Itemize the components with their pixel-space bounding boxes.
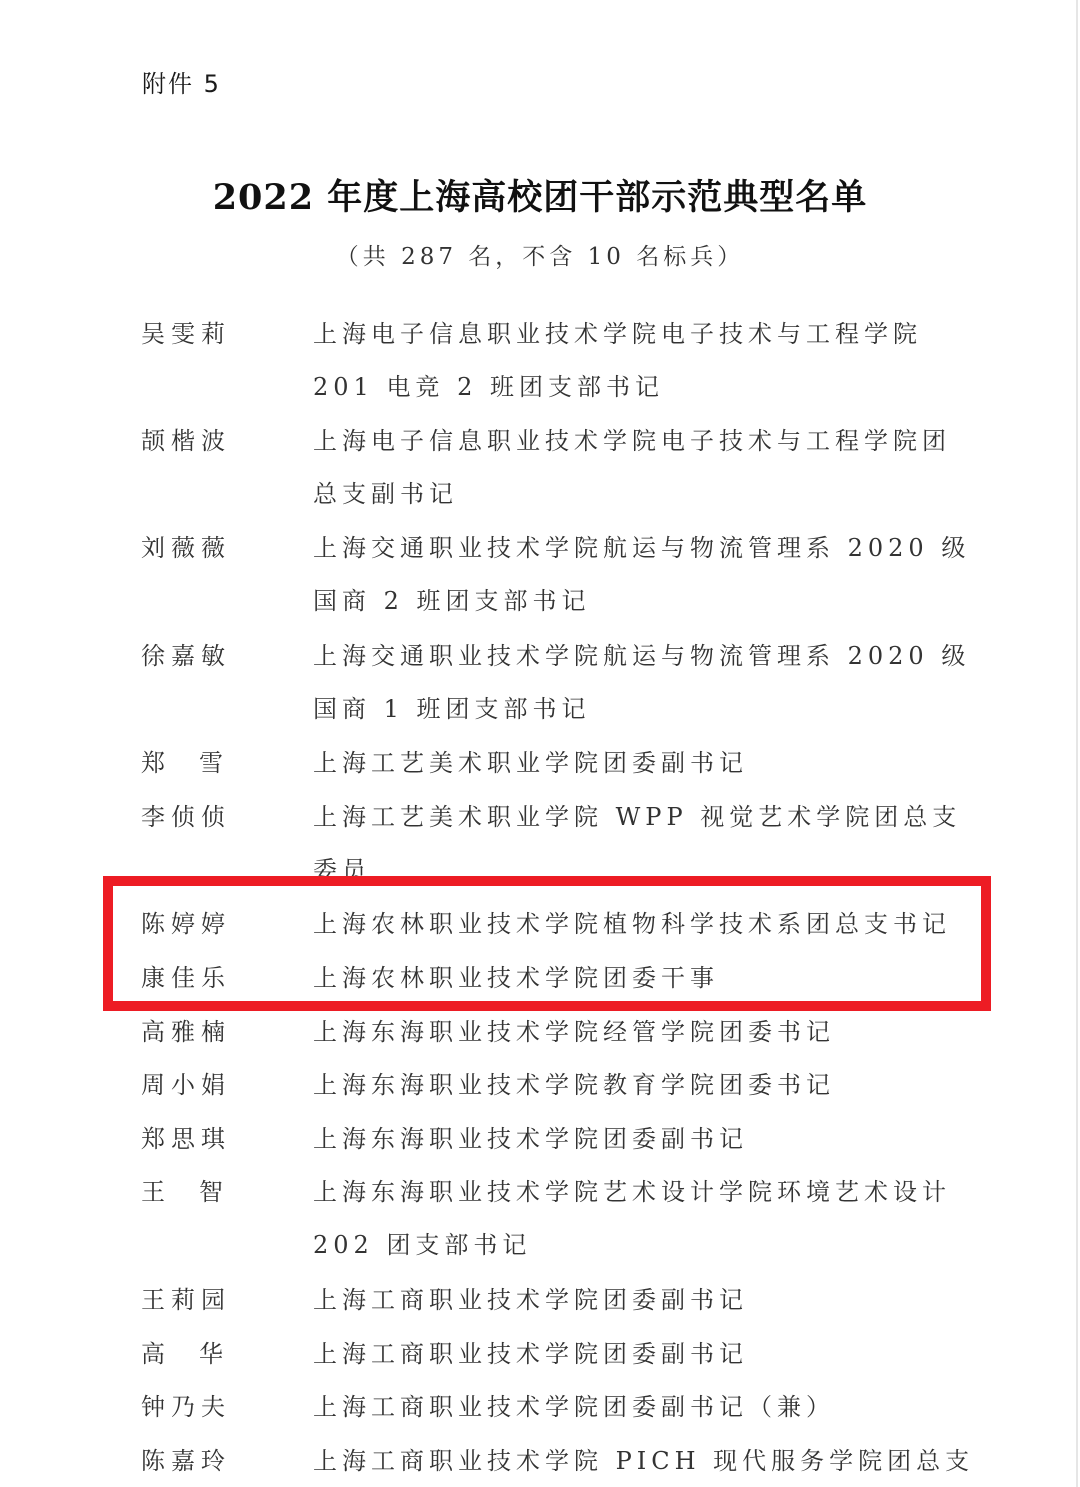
person-name: 郑雪 [141,743,231,778]
person-name: 陈婷婷 [141,904,231,939]
person-name: 康佳乐 [141,958,231,993]
document-subtitle: （共 287 名，不含 10 名标兵） [0,238,1080,271]
position-line: 上海电子信息职业技术学院电子技术与工程学院团 [313,421,953,456]
person-name: 钟乃夫 [141,1387,231,1422]
position-line: 总支副书记 [313,474,953,509]
person-name: 陈嘉玲 [141,1441,231,1476]
position-line: 上海工商职业技术学院团委副书记 [313,1334,953,1369]
position-line: 上海农林职业技术学院植物科学技术系团总支书记 [313,904,953,939]
person-name: 吴雯莉 [141,314,231,349]
person-name: 王智 [141,1172,231,1207]
document-title: 2022 年度上海高校团干部示范典型名单 [0,170,1080,220]
position-line: 上海东海职业技术学院教育学院团委书记 [313,1065,953,1100]
position-line: 201 电竞 2 班团支部书记 [313,367,953,402]
person-name: 颉楷波 [141,421,231,456]
position-line: 上海工商职业技术学院团委副书记 [313,1280,953,1315]
person-name: 周小娟 [141,1065,231,1100]
person-name: 刘薇薇 [141,528,231,563]
position-line: 上海交通职业技术学院航运与物流管理系 2020 级 [313,636,953,671]
position-line: 上海工商职业技术学院团委副书记（兼） [313,1387,953,1422]
position-line: 上海工商职业技术学院 PICH 现代服务学院团总支 [313,1441,953,1476]
position-line: 上海农林职业技术学院团委干事 [313,958,953,993]
position-line: 国商 1 班团支部书记 [313,689,953,724]
position-line: 上海东海职业技术学院团委副书记 [313,1119,953,1154]
position-line: 202 团支部书记 [313,1225,953,1260]
position-line: 国商 2 班团支部书记 [313,581,953,616]
person-name: 王莉园 [141,1280,231,1315]
position-line: 上海工艺美术职业学院团委副书记 [313,743,953,778]
position-line: 上海工艺美术职业学院 WPP 视觉艺术学院团总支 [313,797,953,832]
position-line: 上海东海职业技术学院经管学院团委书记 [313,1012,953,1047]
position-line: 上海东海职业技术学院艺术设计学院环境艺术设计 [313,1172,953,1207]
person-name: 郑思琪 [141,1119,231,1154]
person-name: 李侦侦 [141,797,231,832]
person-name: 高华 [141,1334,231,1369]
person-name: 高雅楠 [141,1012,231,1047]
person-name: 徐嘉敏 [141,636,231,671]
attachment-label: 附件 5 [142,64,221,99]
position-line: 上海电子信息职业技术学院电子技术与工程学院 [313,314,953,349]
position-line: 上海交通职业技术学院航运与物流管理系 2020 级 [313,528,953,563]
page-edge-divider [1076,0,1078,1487]
